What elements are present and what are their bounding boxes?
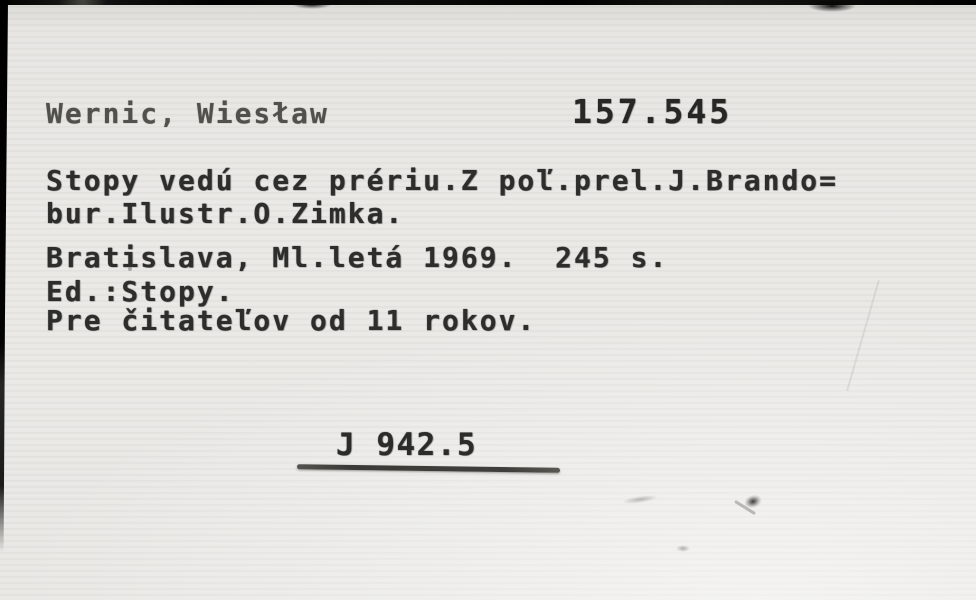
scan-top-edge-blob bbox=[292, 0, 332, 9]
ink-smudge bbox=[676, 545, 690, 552]
call-number: J 942.5 bbox=[336, 427, 477, 463]
shelf-number: 157.545 bbox=[572, 92, 732, 131]
scan-left-edge bbox=[0, 0, 8, 552]
ink-smudge bbox=[622, 494, 659, 506]
scan-top-edge-blob bbox=[808, 0, 856, 12]
bibliographic-line: Pre čitateľov od 11 rokov. bbox=[46, 304, 536, 337]
ink-speck bbox=[128, 267, 132, 271]
bibliographic-line: Bratislava, Ml.letá 1969. 245 s. bbox=[46, 241, 668, 274]
bibliographic-line: Stopy vedú cez prériu.Z poľ.prel.J.Brand… bbox=[46, 164, 838, 197]
scan-scratch bbox=[846, 280, 880, 391]
bibliographic-line: bur.Ilustr.O.Zimka. bbox=[46, 197, 404, 230]
call-number-underline bbox=[297, 464, 560, 473]
author-heading: Wernic, Wiesław bbox=[46, 97, 329, 130]
library-catalog-card-scan: Wernic, Wiesław 157.545 Stopy vedú cez p… bbox=[0, 0, 976, 600]
